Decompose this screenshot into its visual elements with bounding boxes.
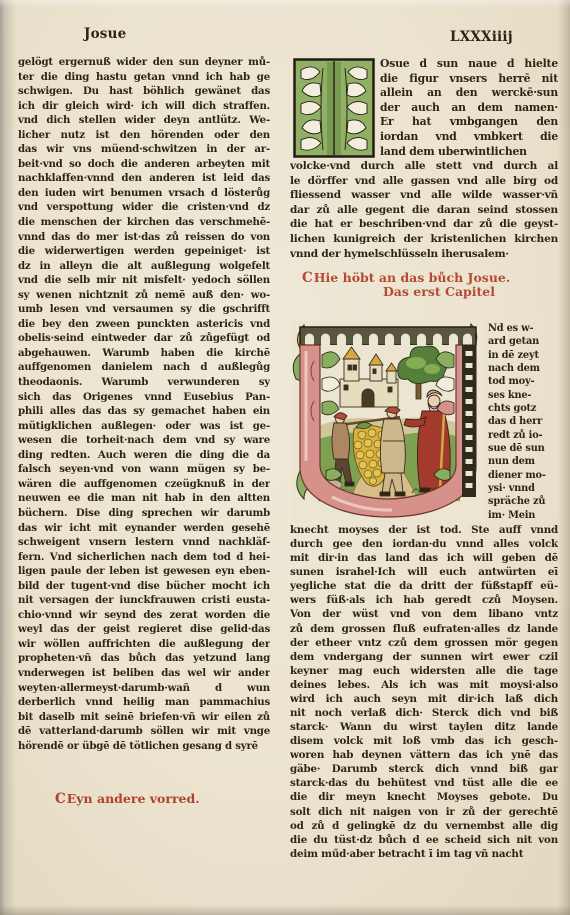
right-column-intro-text: volcke·vnd durch alle stett vnd durch al… xyxy=(290,159,558,261)
text-line: in dē zeyt xyxy=(488,349,558,362)
text-line: hörendē or übgē dē tötlichen gesang d sy… xyxy=(18,739,270,754)
text-line: chio·vnnd wir seynd des zerat worden die xyxy=(18,608,270,623)
incunable-page: Josue LXXXiiij gelögt ergernuß wider den… xyxy=(0,0,570,915)
decorated-initial-J xyxy=(293,58,375,158)
text-line: lichen kunigreich der kristenlichen kirc… xyxy=(290,232,558,247)
text-line: vnd verspottung wider die cristen·vnd dz xyxy=(18,200,270,215)
text-line: auffgenomen danielem nach d außlegůg xyxy=(18,360,270,375)
right-column-opening-text: Osue d sun naue d hieltedie figur vnsers… xyxy=(380,57,558,159)
text-line: die figur vnsers herrē nit xyxy=(380,72,558,87)
text-line: derberlich vnnd heilig man pammachius xyxy=(18,695,270,710)
text-line: falsch seyen·vnd von wann mügen sy be- xyxy=(18,462,270,477)
text-line: ligen paule der leben ist gewesen eyn eb… xyxy=(18,564,270,579)
text-line: le dörffer vnd alle gassen vnd alle birg… xyxy=(290,174,558,189)
text-line: ich dir gleich wird· ich will dich straf… xyxy=(18,99,270,114)
text-line: spräche zů xyxy=(488,495,558,508)
text-line: nachklaffen·vnnd den anderen ist leid da… xyxy=(18,171,270,186)
rubric-text: Hie höbt an das bůch Josue. xyxy=(314,270,510,285)
text-line: od zů d gelingkē dz du vernembst alle di… xyxy=(290,819,558,833)
text-line: mit dir·in das land das ich will geben d… xyxy=(290,551,558,565)
text-line: die du tüst·dz bůch d ee scheid sich nit… xyxy=(290,833,558,847)
text-line: allein an den werckē·sun xyxy=(380,86,558,101)
text-line: vnnd der hymelschlüsseln iherusalem· xyxy=(290,247,558,262)
folio-number: LXXXiiij xyxy=(450,29,513,45)
text-line: diener mo- xyxy=(488,469,558,482)
chapter-rubric-line2: Das erst Capitel xyxy=(290,285,558,299)
text-line: der etheer vntz czů dem grossen mör gege… xyxy=(290,636,558,650)
text-line: vnd die selb mir nit misfelt· yedoch söl… xyxy=(18,273,270,288)
page-edge-shadow-bottom xyxy=(0,905,570,915)
text-line: schwigen. Du hast böhlich gewänet das xyxy=(18,84,270,99)
text-line: land dem uberwintlichen xyxy=(380,145,558,160)
text-line: Er hat vmbgangen den xyxy=(380,115,558,130)
text-line: solt dich nit naigen von ir zů der gerec… xyxy=(290,805,558,819)
text-line: vnd dich stellen wider deyn antlütz. We- xyxy=(18,113,270,128)
left-text-column: gelögt ergernuß wider den sun deyner mů-… xyxy=(18,55,270,753)
text-line: umb lesen vnd versaumen sy die gschrifft xyxy=(18,302,270,317)
text-line: Von der wüst vnd von dem libano vntz xyxy=(290,607,558,621)
text-line: im· Mein xyxy=(488,509,558,522)
text-line: nun dem xyxy=(488,455,558,468)
text-line: sue dē sun xyxy=(488,442,558,455)
text-line: starck·das du behütest vnd tüst alle die… xyxy=(290,776,558,790)
text-line: wir wöllen auffrichten die außlegung der xyxy=(18,637,270,652)
text-line: propheten·vñ das bůch das yetzund lang xyxy=(18,651,270,666)
arcade-top-border xyxy=(300,327,476,345)
text-line: redt zů io- xyxy=(488,429,558,442)
text-line: wers füß·als ich hab geredt czů Moysen. xyxy=(290,593,558,607)
text-line: chts gotz xyxy=(488,402,558,415)
text-line: fliessend wasser vnd alle wilde wasser·v… xyxy=(290,188,558,203)
text-line: nit versagen der iunckfrauwen cristi eus… xyxy=(18,593,270,608)
text-line: starck· Wann du wirst taylen ditz lande xyxy=(290,720,558,734)
text-line: keyner mag euch widersten alle die tage xyxy=(290,664,558,678)
text-line: ter die ding hastu getan vnnd ich hab ge xyxy=(18,70,270,85)
text-line: dem vndergang der sunnen wirt ewer czil xyxy=(290,650,558,664)
text-line: sy wenen nichtznit zů nemē auß den· wo- xyxy=(18,288,270,303)
text-line: yegliche stat die da dritt der füßstapff… xyxy=(290,579,558,593)
text-line: ysi· vnnd xyxy=(488,482,558,495)
text-line: zů dem grossen fluß eufraten·alles dz la… xyxy=(290,622,558,636)
left-column-rubric: CEyn andere vorred. xyxy=(55,791,200,807)
text-line: sich das Origenes vnnd Eusebius Pan- xyxy=(18,390,270,405)
text-line: knecht moyses der ist tod. Ste auff vnnd xyxy=(290,523,558,537)
text-line: sunen israhel·Ich will euch antwürten eī xyxy=(290,565,558,579)
text-line: die bey den zween punckten astericis vnd xyxy=(18,317,270,332)
text-line: dē vatterland·darumb söllen wir mit vnge xyxy=(18,724,270,739)
text-line: die menschen der kirchen das verschmehē- xyxy=(18,215,270,230)
text-line: woren hab deynen vättern das ich ynē das xyxy=(290,748,558,762)
text-line: gäbe· Darumb sterck dich vnnd biß gar xyxy=(290,762,558,776)
text-line: dar zů alle gegent die daran seind stoss… xyxy=(290,203,558,218)
text-line: deim műd·aber betracht ī im tag vñ nacht xyxy=(290,847,558,861)
text-line: phili alles das das sy gemachet haben ei… xyxy=(18,404,270,419)
text-line: das wir icht mit eynander werden gesehē xyxy=(18,521,270,536)
text-line: fern. Vnd sicherlichen nach dem tod d he… xyxy=(18,550,270,565)
text-line: nit noch verlaß dich· Sterck dich vnd bi… xyxy=(290,706,558,720)
rubric-text: Eyn andere vorred. xyxy=(67,791,200,806)
text-line: weyten·allermeyst·darumb·wañ d wun xyxy=(18,681,270,696)
text-line: weyl das der geist regieret dise gelid·d… xyxy=(18,622,270,637)
text-line: deines lebes. Als ich was mit moysi·also xyxy=(290,678,558,692)
text-line: vnderwegen ist beliben das wel wir ander xyxy=(18,666,270,681)
text-line: schweigent vnsern lestern vnnd nachkläf- xyxy=(18,535,270,550)
text-line: wären die auffgenomen czeügknuß in der xyxy=(18,477,270,492)
text-line: abgehauwen. Warumb haben die kirchē xyxy=(18,346,270,361)
text-line: büchern. Dise ding sprechen wir darumb xyxy=(18,506,270,521)
text-line: theodaonis. Warumb verwunderen sy xyxy=(18,375,270,390)
text-line: iordan vnd vmbkert die xyxy=(380,130,558,145)
text-line: das d herr xyxy=(488,415,558,428)
text-line: bild der tugent·vnd dise bücher mocht ic… xyxy=(18,579,270,594)
colonnade-right-border xyxy=(462,345,476,497)
capitulum-mark: C xyxy=(302,270,313,286)
text-line: wesen die torheit·nach dem vnd sy ware xyxy=(18,433,270,448)
text-line: wird ich auch seyn mit dir·ich laß dich xyxy=(290,692,558,706)
text-line: Osue d sun naue d hielte xyxy=(380,57,558,72)
text-line: die dir meyn knecht Moyses gebote. Du xyxy=(290,790,558,804)
text-line: volcke·vnd durch alle stett vnd durch al xyxy=(290,159,558,174)
text-line: licher nutz ist den hörenden oder den le… xyxy=(18,128,270,143)
text-line: ses kne- xyxy=(488,389,558,402)
chapter-rubric: CHie höbt an das bůch Josue. Das erst Ca… xyxy=(290,271,558,299)
text-line: den iuden wirt benumen vrsach d lösterůg xyxy=(18,186,270,201)
running-title: Josue xyxy=(84,26,126,42)
text-line: das wir vns müend·schwitzen in der ar- xyxy=(18,142,270,157)
text-line: bit daselb mit seinē briefen·vñ wir eile… xyxy=(18,710,270,725)
text-line: dz in alleyn die alt außlegung wolgefelt xyxy=(18,259,270,274)
text-line: vnnd das do mer ist·das zů reissen do vo… xyxy=(18,230,270,245)
text-line: tod moy- xyxy=(488,375,558,388)
text-line: die hat er beschriben·vnd dar zů die gey… xyxy=(290,217,558,232)
page-edge-highlight-top xyxy=(0,0,570,8)
historiated-initial-woodcut xyxy=(292,321,484,522)
capitulum-mark: C xyxy=(55,791,66,807)
text-line: der auch an dem namen· xyxy=(380,101,558,116)
page-edge-shadow-left xyxy=(0,0,16,915)
text-line: mütigklichen außlegen· oder was ist ge- xyxy=(18,419,270,434)
page-edge-shadow-right xyxy=(558,0,570,915)
text-line: gelögt ergernuß wider den sun deyner mů- xyxy=(18,55,270,70)
text-line: durch gee den iordan·du vnnd alles volck xyxy=(290,537,558,551)
text-line: Nd es w- xyxy=(488,322,558,335)
text-line: nach dem xyxy=(488,362,558,375)
right-column-body-text: knecht moyses der ist tod. Ste auff vnnd… xyxy=(290,523,558,861)
text-line: neuwen ee die man nit hab in den altten xyxy=(18,491,270,506)
text-line: beit·vnd so doch die anderen arbeyten mi… xyxy=(18,157,270,172)
text-line: ard getan xyxy=(488,335,558,348)
text-line: obelis·seind eintweder dar zů zůgefügt o… xyxy=(18,331,270,346)
text-line: ding redten. Auch weren die ding die da xyxy=(18,448,270,463)
text-line: die widerwertigen werden gepeiniget· ist xyxy=(18,244,270,259)
text-line: disem volck mit loß vmb das ich gesch- xyxy=(290,734,558,748)
chapter-rubric-line1: CHie höbt an das bůch Josue. xyxy=(290,271,558,285)
text-beside-woodcut: Nd es w-ard getanin dē zeytnach demtod m… xyxy=(488,322,558,522)
